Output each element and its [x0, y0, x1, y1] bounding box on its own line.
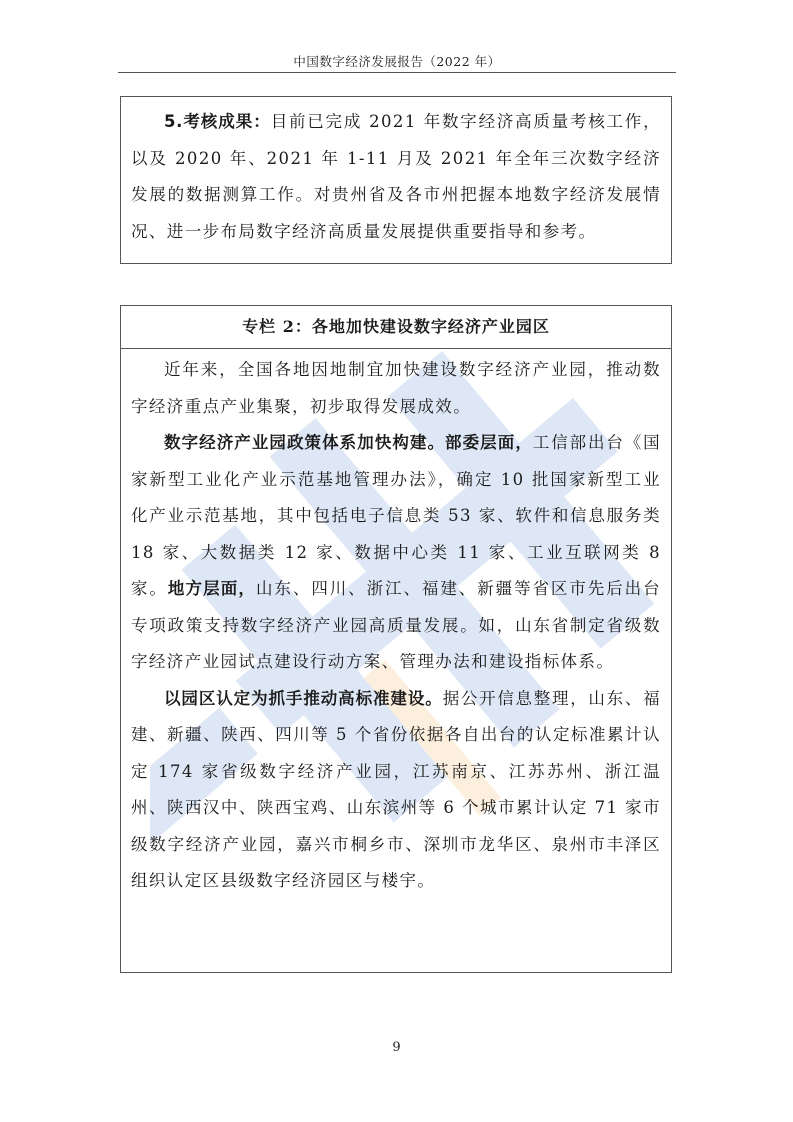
sidebar-box-title: 专栏 2：各地加快建设数字经济产业园区 — [121, 306, 671, 349]
policy-paragraph: 数字经济产业园政策体系加快构建。部委层面，工信部出台《国家新型工业化产业示范基地… — [131, 425, 661, 681]
intro-paragraph: 近年来，全国各地因地制宜加快建设数字经济产业园，推动数字经济重点产业集聚，初步取… — [131, 352, 661, 425]
intro-text: 近年来，全国各地因地制宜加快建设数字经济产业园，推动数字经济重点产业集聚，初步取… — [131, 360, 661, 416]
certification-text: 据公开信息整理，山东、福建、新疆、陕西、四川等 5 个省份依据各自出台的认定标准… — [131, 689, 661, 891]
local-level-lead: 地方层面， — [168, 579, 256, 598]
sidebar-box-2: 专栏 2：各地加快建设数字经济产业园区 近年来，全国各地因地制宜加快建设数字经济… — [120, 305, 672, 973]
policy-text: 工信部出台《国家新型工业化产业示范基地管理办法》，确定 10 批国家新型工业化产… — [131, 433, 661, 598]
running-header: 中国数字经济发展报告（2022 年） — [118, 52, 676, 70]
assessment-results-box: 5.考核成果：目前已完成 2021 年数字经济高质量考核工作，以及 2020 年… — [120, 96, 672, 264]
sidebar-box-body: 近年来，全国各地因地制宜加快建设数字经济产业园，推动数字经济重点产业集聚，初步取… — [121, 349, 671, 900]
assessment-results-text: 目前已完成 2021 年数字经济高质量考核工作，以及 2020 年、2021 年… — [131, 112, 661, 241]
certification-lead: 以园区认定为抓手推动高标准建设。 — [164, 689, 443, 708]
header-rule — [118, 72, 676, 73]
certification-paragraph: 以园区认定为抓手推动高标准建设。据公开信息整理，山东、福建、新疆、陕西、四川等 … — [131, 681, 661, 900]
assessment-results-lead: 5.考核成果： — [164, 112, 271, 131]
assessment-results-paragraph: 5.考核成果：目前已完成 2021 年数字经济高质量考核工作，以及 2020 年… — [131, 104, 661, 250]
policy-lead: 数字经济产业园政策体系加快构建。部委层面， — [164, 433, 533, 452]
page-number: 9 — [0, 1040, 793, 1055]
